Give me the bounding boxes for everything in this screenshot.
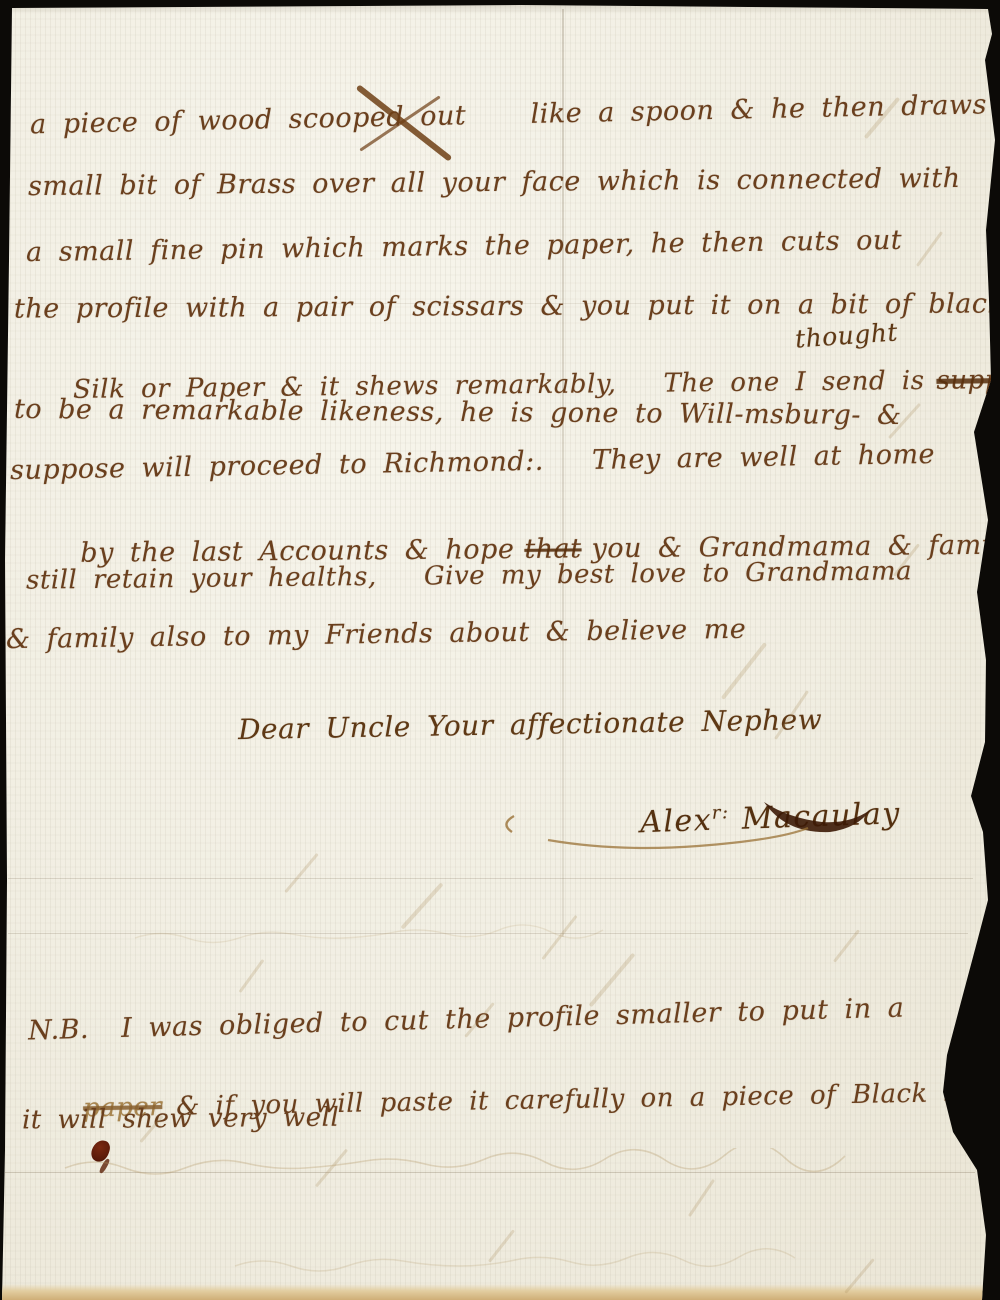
letter-line-10: & family also to my Friends about & beli… <box>6 615 747 655</box>
letter-line-7: suppose will proceed to Richmond:. They … <box>10 440 935 486</box>
ghost-mark <box>721 642 767 700</box>
letter-page: a piece of wood scooped out like a spoon… <box>0 0 1000 1300</box>
ghost-mark <box>284 853 318 893</box>
ghost-mark <box>833 929 860 962</box>
ghost-bleedthrough-line-3 <box>130 922 650 948</box>
struck-word-supposed: supposed <box>936 364 1000 395</box>
postscript-line-2: paper& if you will paste it carefully on… <box>19 1049 996 1152</box>
letter-line-2: small bit of Brass over all your face wh… <box>28 164 961 202</box>
ghost-bleedthrough-line-2 <box>230 1248 850 1276</box>
ghost-bleedthrough-line-1 <box>60 1148 940 1178</box>
letter-line-6: to be a remarkable likeness, he is gone … <box>14 395 902 431</box>
letter-line-1: a piece of wood scooped out like a spoon… <box>30 90 1000 140</box>
closing-line: Dear Uncle Your affectionate Nephew <box>238 705 823 746</box>
signature-flourish <box>488 800 818 850</box>
ghost-mark <box>916 231 943 267</box>
postscript-line-3: it will shew very well <box>22 1104 339 1135</box>
horizontal-fold-crease-2 <box>8 878 973 879</box>
letter-line-3: a small fine pin which marks the paper, … <box>26 226 903 268</box>
ghost-mark <box>239 959 265 993</box>
letter-line-4: the profile with a pair of scissars & yo… <box>14 289 1000 324</box>
postscript-line-1: N.B. I was obliged to cut the profile sm… <box>28 994 905 1047</box>
ghost-mark <box>688 1179 715 1217</box>
